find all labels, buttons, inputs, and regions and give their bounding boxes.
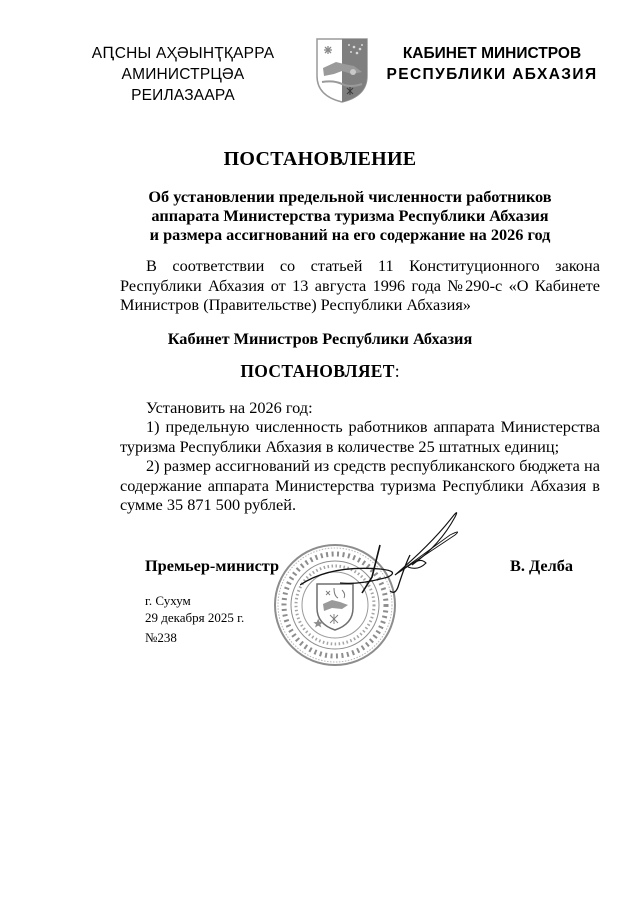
preamble-paragraph: В соответствии со статьей 11 Конституцио…: [120, 256, 600, 315]
subject-line: и размера ассигнований на его содержание…: [120, 225, 580, 244]
header-abkhaz-line2: АМИНИСТРЦӘА РЕИЛАЗААРА: [68, 64, 298, 106]
document-subject: Об установлении предельной численности р…: [120, 187, 580, 244]
signatory-name: В. Делба: [510, 556, 573, 576]
item-1: 1) предельную численность работников апп…: [120, 417, 600, 456]
decree-word: ПОСТАНОВЛЯЕТ: [240, 361, 394, 381]
handwritten-signature-icon: [300, 505, 500, 605]
coat-of-arms-icon: [314, 36, 370, 104]
document-page: АԤСНЫ АҲӘЫНҬҚАРРА АМИНИСТРЦӘА РЕИЛАЗААРА…: [0, 0, 640, 905]
decree-heading: ПОСТАНОВЛЯЕТ:: [0, 361, 640, 382]
subject-line: Об установлении предельной численности р…: [120, 187, 580, 206]
header-abkhaz: АԤСНЫ АҲӘЫНҬҚАРРА АМИНИСТРЦӘА РЕИЛАЗААРА: [68, 43, 298, 106]
issuing-authority: Кабинет Министров Республики Абхазия: [0, 329, 640, 349]
header-russian-line1: КАБИНЕТ МИНИСТРОВ: [382, 43, 602, 64]
date: 29 декабря 2025 г.: [145, 610, 244, 626]
decree-colon: :: [395, 361, 400, 381]
document-number: №238: [145, 630, 177, 646]
header-russian-line2: РЕСПУБЛИКИ АБХАЗИЯ: [382, 64, 602, 85]
intro-line: Установить на 2026 год:: [120, 398, 600, 418]
document-type-title: ПОСТАНОВЛЕНИЕ: [0, 148, 640, 171]
header-abkhaz-line1: АԤСНЫ АҲӘЫНҬҚАРРА: [68, 43, 298, 64]
signatory-position: Премьер-министр: [145, 556, 279, 576]
header-russian: КАБИНЕТ МИНИСТРОВ РЕСПУБЛИКИ АБХАЗИЯ: [382, 43, 602, 85]
city: г. Сухум: [145, 593, 191, 609]
subject-line: аппарата Министерства туризма Республики…: [120, 206, 580, 225]
